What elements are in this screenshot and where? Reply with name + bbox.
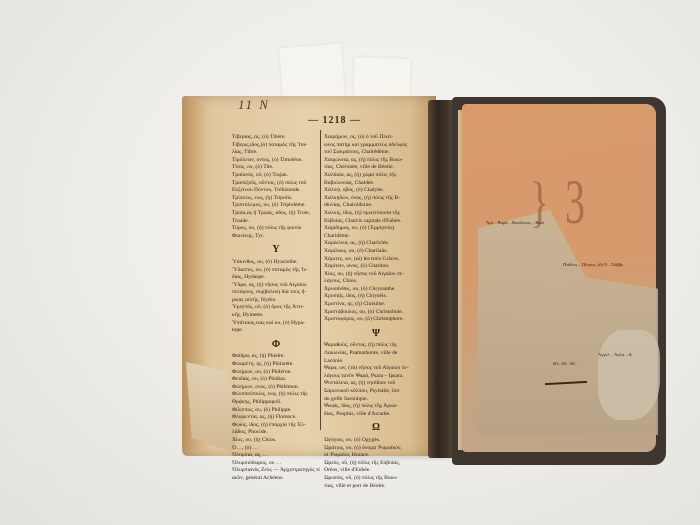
dictionary-entry: Χαρίδημος, ου, (ὁ) (Ἑρμηνεύς) [324, 225, 428, 233]
dictionary-entry: Λακωνίας, Psamathonte, ville de [324, 350, 428, 358]
dictionary-entry: Χάλυψ, υβος, (ὁ) Chalybe. [324, 187, 428, 195]
dictionary-entry: Βαρθ… [497, 220, 512, 225]
dictionary-entry: Εὐξείνου Πόντου, Trébizonde. [232, 187, 320, 195]
section-letter-upsilon: Υ [232, 246, 320, 254]
dictionary-entry: κῆς, Hymette. [232, 312, 320, 320]
section-letter-phi: Φ [232, 341, 320, 349]
dictionary-entry: τοῦ Σωκράτους, Chaïrédème. [324, 149, 428, 157]
dictionary-entry: Χαλκίς, ίδος, (ἡ) πρωτεύουσα τῆς [324, 210, 428, 218]
dictionary-entry: Ὀλυμπιανὸς Ζεὺς — Ἀρχιστρατηγὸς τῶν Ἀχ- [232, 467, 320, 475]
dictionary-entry: Ἀγλα… [614, 352, 629, 357]
dictionary-entry: Χαιρώνεια, ας, (ἡ) πόλις τῆς Βοιω- [324, 157, 428, 165]
dictionary-entry: Χαρίλαος, ου, (ὁ) Charilaüs. [324, 248, 428, 256]
end-text: etc. etc. etc. [553, 362, 577, 367]
dictionary-entry: Ψάρα, ων, (τὰ) νῆσος τοῦ Αἰγαίου πε- [324, 365, 428, 373]
dictionary-entry: οἱ Ῥωμαῖοι, Horace. [324, 452, 428, 460]
dictionary-entry: Χριστοφόρος, ου, (ὁ) Christophore. [324, 316, 428, 324]
dictionary-entry: Δημ… [629, 352, 632, 357]
dictionary-entry: αιῶν, général Achéens. [232, 475, 320, 483]
dictionary-entry: Χίος, ου, (ἡ) νῆσος τοῦ Αἰγαίου πε- [324, 271, 428, 279]
dictionary-entry: Θρᾴκης, Philippopoli. [232, 399, 320, 407]
printed-fragment: Ἀρι…Βαρθ…Βασίλειος…Βενέδικτος…Γαβριήλ, (… [486, 220, 544, 226]
dictionary-entry: Ὠράτιος, ου, (ὁ) ὄνομα Ῥωμαϊκόν, [324, 445, 428, 453]
dictionary-entry: Φλωρεντία, ας, (ἡ) Florence. [232, 414, 320, 422]
dictionary-entry: Χαιρήμων, ος, (ὁ) ὁ τοῦ Πλατ- [324, 134, 428, 142]
dictionary-entry: λίας, Tibre. [232, 149, 320, 157]
dictionary-entry: Ὑμηττός, οῦ, (ὁ) ὄρος τῆς Ἀττι- [232, 304, 320, 312]
paper-bookmark [353, 57, 410, 101]
dictionary-entry: Ὕδασπις, ου, (ὁ) ποταμὸς τῆς Ἰν- [232, 267, 320, 275]
dictionary-entry: Τραϊανός, οῦ, (ὁ) Trajan. [232, 172, 320, 180]
dictionary-entry: Πέτρος, (ὁ) P… [582, 262, 611, 267]
dictionary-entry: Χριστίνα, ης, (ἡ) Christine. [324, 301, 428, 309]
dictionary-entry: Φοινίκης, Tyr. [232, 233, 320, 241]
dictionary-entry: δίας, Psophis, ville d'Arcadie. [324, 411, 428, 419]
printed-fragment: Ἀγγελ…Ἀγλα…Δημ…Εὐθ……Θεοδωρ… [598, 352, 632, 358]
dictionary-entry: τίας, ville et port de Béotie. [324, 483, 428, 491]
dictionary-entry: Ψαμαθοῦς, οῦντος, (ἡ) πόλις τῆς [324, 342, 428, 350]
dictionary-entry: Ἀγγελ… [598, 352, 614, 357]
dictionary-entry: Ὀλυμπιόδωρος, ου … [232, 460, 320, 468]
dictionary-entry: Χαρίκλεια, ας, (ἡ) Chariclée. [324, 240, 428, 248]
dictionary-entry: Χρυσηΐς, ίδος, (ἡ) Chryséis. [324, 293, 428, 301]
pencil-mark: 3 [565, 164, 585, 239]
dictionary-entry: Ἀρι… [486, 220, 497, 225]
dictionary-entry: Τίτος, ου, (ὁ) Tite. [232, 164, 320, 172]
dictionary-entry: πελάγους, συμβολικὴ διὰ τοὺς ἥ- [232, 289, 320, 297]
dictionary-entry: Oréos, ville d'Eubée. [324, 467, 428, 475]
handwritten-mark: 11 N [238, 97, 270, 113]
dictionary-entry: Τύρος, ου, (ἡ) πόλις τῆς φοινίκ [232, 225, 320, 233]
dictionary-entry: Χάριτες, ων, (αἱ) les trois Grâces. [324, 256, 428, 264]
paper-bookmark [279, 44, 344, 100]
dictionary-entry: Φειδίας, ου, (ὁ) Phidias. [232, 376, 320, 384]
printed-fragment: Παῦλος…Πέτρος, (ὁ) P…Σάββας, (ὁ) S…Σοφία… [563, 262, 623, 268]
dictionary-entry: δίας, Hydaspe. [232, 274, 320, 282]
dictionary-entry: Ὀ…, (ὁ) … [232, 445, 320, 453]
dictionary-entry: Ψυττάλεια, ας, (ἡ) νησίδιον τοῦ [324, 380, 428, 388]
dictionary-entry: Ὑπάταιος,ειας καὶ ου, (ὁ) Hypa- [232, 320, 320, 328]
dictionary-entry: λάδος, Phocide. [232, 429, 320, 437]
column-a: Τιβερίας, ας, (ὁ) Tibère.Τίβερις,ιδος,(ὁ… [232, 134, 320, 483]
dictionary-entry: Ὀλύμπια, ας, … [232, 452, 320, 460]
book-photo: 11 N — 1218 — Τιβερίας, ας, (ὁ) Tibère.Τ… [0, 0, 700, 525]
dictionary-entry: Ὠρωπός, οῦ, (ὁ) πόλις τῆς Βοιω- [324, 475, 428, 483]
dictionary-entry: Βασίλειος… [512, 220, 535, 225]
dictionary-entry: Ὕδρα, ας, (ἡ) νῆσος τοῦ Αἰγαίου [232, 282, 320, 290]
dictionary-entry: Χαλδαία, ας, (ἡ) χώρα πόλις τῆς [324, 172, 428, 180]
dictionary-entry: Χαρίτων, ωνος, (ὁ) Chariton. [324, 263, 428, 271]
dictionary-entry: Τροία,ας ἢ Τρῳάς, άδος, (ἡ) Troie, [232, 210, 320, 218]
dictionary-entry: τίας, Chéronée, ville de Béotie. [324, 164, 428, 172]
column-divider [320, 130, 321, 430]
column-b: Χαιρήμων, ος, (ὁ) ὁ τοῦ Πλατ- ωνος πατὴρ… [324, 134, 428, 490]
stain [598, 330, 660, 420]
dictionary-entry: λάγους, Chios. [324, 278, 428, 286]
dictionary-entry: Ὠγύγιος, ου, (ὁ) Ogygès. [324, 437, 428, 445]
dictionary-entry: Βενέδικτος… [535, 220, 544, 225]
section-letter-psi: Ψ [324, 330, 428, 338]
dictionary-entry: Τραπεζοῦς, οῦντος, (ὁ) πόλις τοῦ [232, 180, 320, 188]
dictionary-entry: tope. [232, 327, 320, 335]
dictionary-entry: Ὑάκινθος, ου, (ὁ) Hyacinthe. [232, 259, 320, 267]
dictionary-entry: Φωκίς, ίδος, (ἡ) ἐπαρχία τῆς Ἑλ- [232, 422, 320, 430]
dictionary-entry: Χίος, ου, (ἡ) Chios. [232, 437, 320, 445]
page-number: — 1218 — [308, 115, 361, 126]
dictionary-entry: Τριπτόλεμος, ου, (ὁ) Triptolème. [232, 202, 320, 210]
dictionary-entry: ωνος πατὴρ καὶ γραμματεὺς ἀδελφὸς [324, 142, 428, 150]
dictionary-entry: Φιλιππούπολις, εως, (ἡ) πόλις τῆς [232, 391, 320, 399]
dictionary-entry: Φαῖδρα, ας, (ἡ) Phèdre. [232, 353, 320, 361]
dictionary-entry: Φιλαρέτη, ης, (ἡ) Philarète. [232, 361, 320, 369]
dictionary-entry: Χαλκηδών, όνος, (ἡ) πόλις τῆς Β- [324, 195, 428, 203]
dictionary-entry: Ψωφίς, ῖδος, (ἡ) πόλις τῆς Ἀρκα- [324, 403, 428, 411]
dictionary-entry: Σαρωνικοῦ κόλπου, Psyttalie, îlot [324, 388, 428, 396]
dictionary-entry: ιθυνίας, Chalcédoine. [324, 202, 428, 210]
dictionary-entry: Σάββας, (ὁ) S… [611, 262, 623, 267]
dictionary-entry: Παῦλος… [563, 262, 582, 267]
dictionary-entry: Ὠρεός, οῦ, (ἡ) πόλις τῆς Εὐβοίας, [324, 460, 428, 468]
section-letter-omega: Ω [324, 424, 428, 432]
dictionary-entry: Τιβερίας, ας, (ὁ) Tibère. [232, 134, 320, 142]
dictionary-entry: Εὐβοίας, Chalcis capitale d'Eubée. [324, 218, 428, 226]
dictionary-entry: Troade. [232, 218, 320, 226]
dictionary-entry: Τίβερις,ιδος,(ὁ) ποταμὸς τῆς Ἰτα- [232, 142, 320, 150]
